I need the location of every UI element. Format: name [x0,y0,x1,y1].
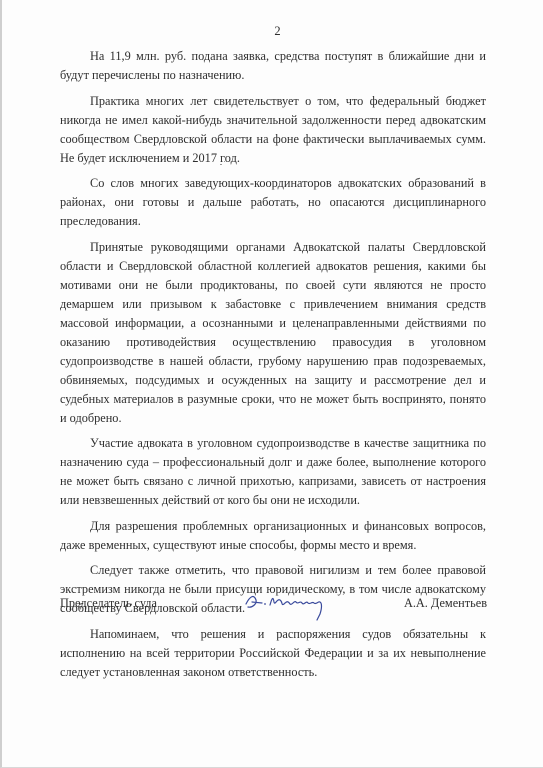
paragraph-advocate-duty: Участие адвоката в уголовном судопроизво… [60,434,486,510]
document-page: 2 На 11,9 млн. руб. подана заявка, средс… [0,0,543,768]
scan-artifact [224,161,225,162]
paragraph-funding-request: На 11,9 млн. руб. подана заявка, средств… [60,47,486,85]
paragraph-decisions: Принятые руководящими органами Адвокатск… [60,238,486,428]
signatory-name: А.А. Дементьев [404,596,487,611]
scan-artifact [220,164,222,165]
signatory-title: Председатель суда [60,596,157,611]
handwritten-signature-icon [240,590,340,624]
signature-block: Председатель суда А.А. Дементьев [60,596,487,626]
paragraph-reminder: Напоминаем, что решения и распоряжения с… [60,625,486,682]
scan-artifact [254,544,256,545]
paragraph-budget-practice: Практика многих лет свидетельствует о то… [60,92,486,168]
paragraph-other-methods: Для разрешения проблемных организационны… [60,517,486,555]
paragraph-coordinators: Со слов многих заведующих-координаторов … [60,174,486,231]
page-number: 2 [2,24,543,39]
